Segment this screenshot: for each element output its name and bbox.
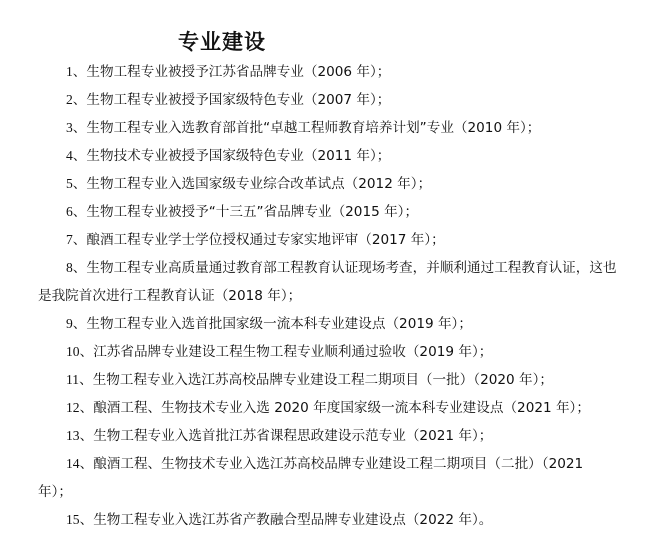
item-text: 生物工程专业入选首批江苏省课程思政建设示范专业（2021 年）； bbox=[93, 428, 492, 444]
item-text: 生物工程专业被授予“十三五”省品牌专业（2015 年）； bbox=[86, 204, 418, 220]
item-number: 6、 bbox=[66, 204, 86, 219]
list-item: 12、酿酒工程、生物技术专业入选 2020 年度国家级一流本科专业建设点（202… bbox=[38, 394, 618, 422]
list-item: 9、生物工程专业入选首批国家级一流本科专业建设点（2019 年）； bbox=[38, 310, 618, 338]
list-item: 14、酿酒工程、生物技术专业入选江苏高校品牌专业建设工程二期项目（二批）（202… bbox=[38, 450, 618, 506]
item-text: 酿酒工程、生物技术专业入选江苏高校品牌专业建设工程二期项目（二批）（2021 年… bbox=[38, 456, 583, 500]
item-text: 生物工程专业被授予江苏省品牌专业（2006 年）； bbox=[86, 64, 390, 80]
list-item: 3、生物工程专业入选教育部首批“卓越工程师教育培养计划”专业（2010 年）； bbox=[38, 114, 618, 142]
item-number: 15、 bbox=[66, 512, 93, 527]
list-item: 8、生物工程专业高质量通过教育部工程教育认证现场考查，并顺利通过工程教育认证，这… bbox=[38, 254, 618, 310]
item-number: 12、 bbox=[66, 400, 93, 415]
list-item: 2、生物工程专业被授予国家级特色专业（2007 年）； bbox=[38, 86, 618, 114]
list-item: 5、生物工程专业入选国家级专业综合改革试点（2012 年）； bbox=[38, 170, 618, 198]
item-number: 11、 bbox=[66, 372, 93, 387]
item-number: 8、 bbox=[66, 260, 86, 275]
item-text: 生物工程专业入选国家级专业综合改革试点（2012 年）； bbox=[86, 176, 431, 192]
item-number: 4、 bbox=[66, 148, 86, 163]
item-number: 14、 bbox=[66, 456, 93, 471]
list-item: 1、生物工程专业被授予江苏省品牌专业（2006 年）； bbox=[38, 58, 618, 86]
item-number: 7、 bbox=[66, 232, 86, 247]
list-item: 15、生物工程专业入选江苏省产教融合型品牌专业建设点（2022 年）。 bbox=[38, 506, 618, 534]
item-number: 9、 bbox=[66, 316, 86, 331]
list-item: 11、生物工程专业入选江苏高校品牌专业建设工程二期项目（一批）（2020 年）； bbox=[38, 366, 618, 394]
list-item: 4、生物技术专业被授予国家级特色专业（2011 年）； bbox=[38, 142, 618, 170]
list-item: 6、生物工程专业被授予“十三五”省品牌专业（2015 年）； bbox=[38, 198, 618, 226]
item-number: 3、 bbox=[66, 120, 86, 135]
item-text: 生物工程专业被授予国家级特色专业（2007 年）； bbox=[86, 92, 390, 108]
item-text: 生物工程专业入选江苏高校品牌专业建设工程二期项目（一批）（2020 年）； bbox=[93, 372, 553, 388]
page-title: 专业建设 bbox=[178, 26, 266, 56]
item-text: 酿酒工程专业学士学位授权通过专家实地评审（2017 年）； bbox=[86, 232, 444, 248]
item-text: 生物工程专业入选江苏省产教融合型品牌专业建设点（2022 年）。 bbox=[93, 512, 492, 528]
list-item: 13、生物工程专业入选首批江苏省课程思政建设示范专业（2021 年）； bbox=[38, 422, 618, 450]
item-text: 生物工程专业入选教育部首批“卓越工程师教育培养计划”专业（2010 年）； bbox=[86, 120, 540, 136]
item-text: 生物工程专业高质量通过教育部工程教育认证现场考查，并顺利通过工程教育认证，这也是… bbox=[38, 260, 617, 304]
item-text: 生物技术专业被授予国家级特色专业（2011 年）； bbox=[86, 148, 390, 164]
item-text: 江苏省品牌专业建设工程生物工程专业顺利通过验收（2019 年）； bbox=[93, 344, 492, 360]
item-number: 1、 bbox=[66, 64, 86, 79]
list-item: 7、酿酒工程专业学士学位授权通过专家实地评审（2017 年）； bbox=[38, 226, 618, 254]
item-number: 13、 bbox=[66, 428, 93, 443]
item-text: 生物工程专业入选首批国家级一流本科专业建设点（2019 年）； bbox=[86, 316, 472, 332]
list-item: 10、江苏省品牌专业建设工程生物工程专业顺利通过验收（2019 年）； bbox=[38, 338, 618, 366]
item-number: 5、 bbox=[66, 176, 86, 191]
item-text: 酿酒工程、生物技术专业入选 2020 年度国家级一流本科专业建设点（2021 年… bbox=[93, 400, 590, 416]
item-number: 2、 bbox=[66, 92, 86, 107]
item-number: 10、 bbox=[66, 344, 93, 359]
